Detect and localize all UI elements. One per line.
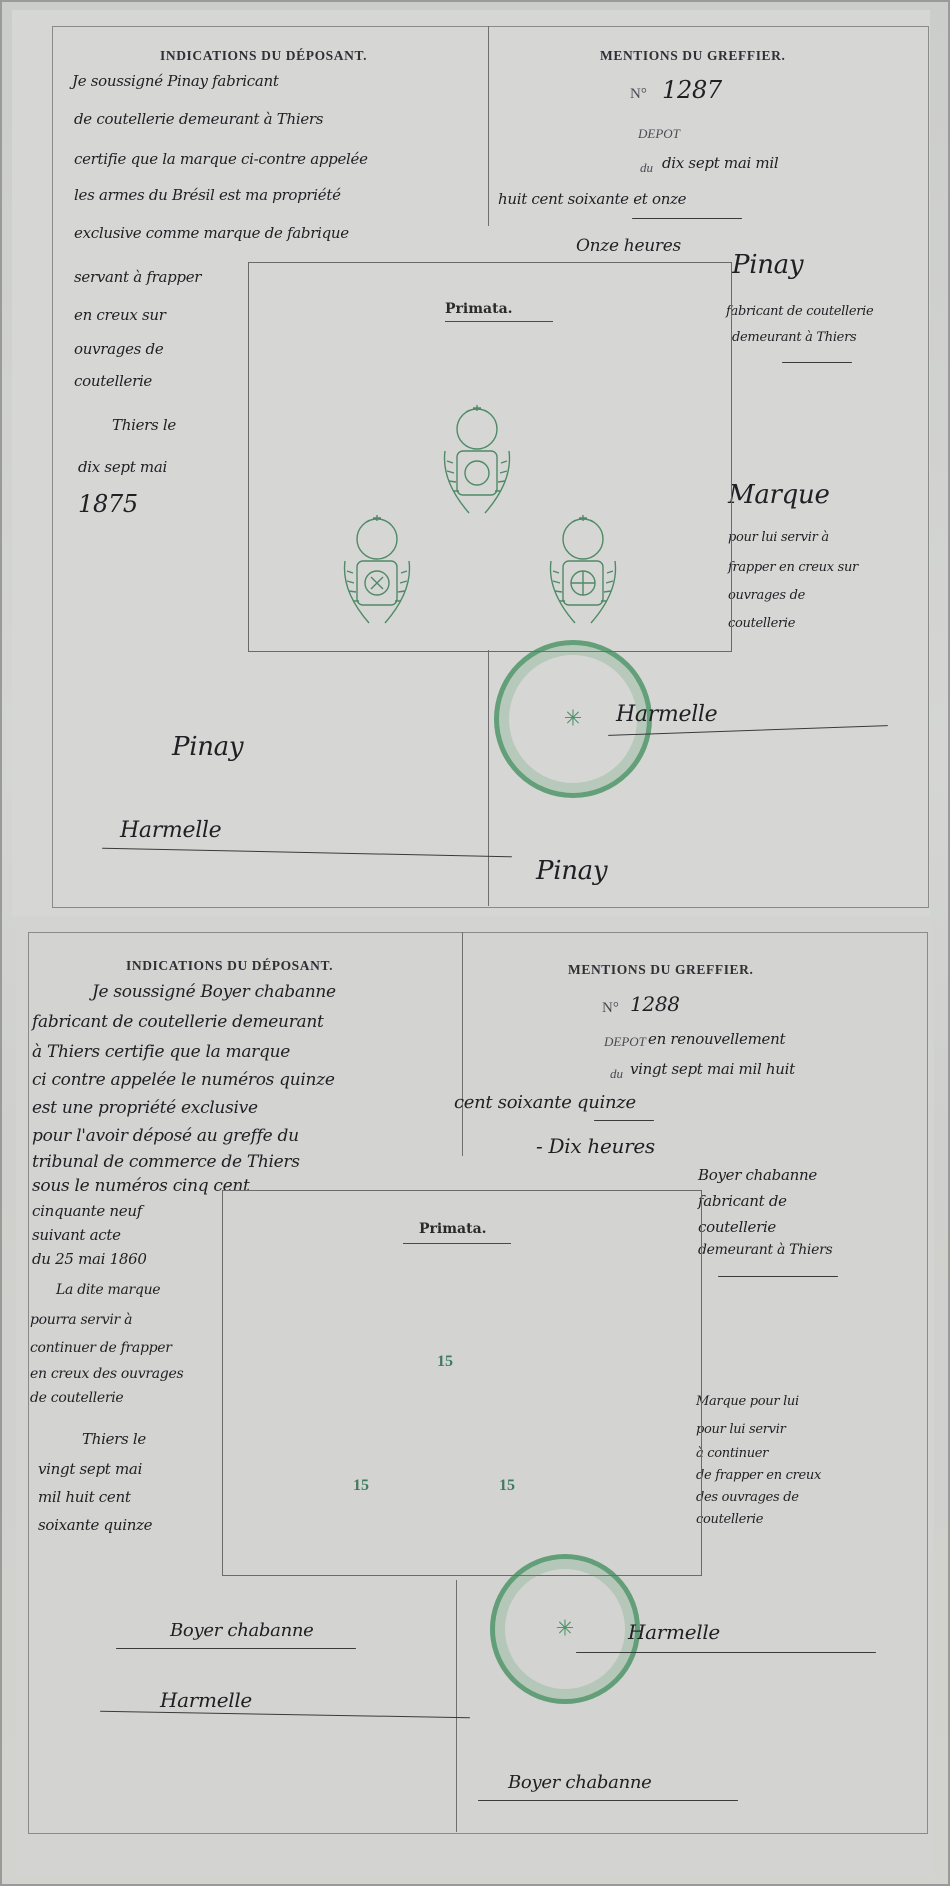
depositor-line: continuer de frapper	[30, 1340, 172, 1356]
clerk-signature: Harmelle	[628, 1620, 720, 1644]
star-icon: ✳	[556, 1617, 574, 1642]
depositor-line: est une propriété exclusive	[32, 1098, 258, 1118]
clerk-name-desc: demeurant à Thiers	[732, 330, 856, 345]
court-stamp: ✳	[490, 1554, 640, 1704]
clerk-mark-desc: pour lui servir à	[728, 530, 829, 545]
clerk-hour: - Dix heures	[536, 1134, 655, 1158]
depositor-line: à Thiers certifie que la marque	[32, 1042, 290, 1062]
depositor-line: certifie que la marque ci-contre appelée	[74, 150, 368, 168]
clerk-name-desc: demeurant à Thiers	[698, 1242, 832, 1258]
signature-flourish	[576, 1652, 876, 1653]
depositor-line: Je soussigné Pinay fabricant	[72, 72, 279, 90]
depositor-line: servant à frapper	[74, 268, 201, 286]
clerk-depositor-name: Pinay	[732, 250, 803, 280]
clerk-name-desc: fabricant de coutellerie	[726, 304, 873, 319]
clerk-mark-desc: de frapper en creux	[696, 1468, 821, 1483]
depositor-line: du 25 mai 1860	[32, 1250, 147, 1268]
mark-number: 15	[499, 1477, 515, 1495]
signature-flourish	[116, 1648, 356, 1649]
registration-number: 1287	[662, 76, 722, 104]
depositor-line: sous le numéros cinq cent	[32, 1176, 250, 1196]
depositor-signature: Boyer chabanne	[170, 1620, 314, 1641]
clerk-mark-desc: ouvrages de	[728, 588, 805, 603]
clerk-date: dix sept mai mil	[662, 154, 778, 172]
title-rule	[445, 321, 553, 322]
registration-form-1288: INDICATIONS DU DÉPOSANT. MENTIONS DU GRE…	[16, 920, 934, 1878]
depositor-header: INDICATIONS DU DÉPOSANT.	[160, 48, 367, 64]
place-date-line: vingt sept mai	[38, 1460, 142, 1478]
underline	[632, 218, 742, 219]
column-divider	[456, 1580, 457, 1832]
depositor-line: en creux des ouvrages	[30, 1366, 183, 1382]
depositor-line: en creux sur	[74, 306, 166, 324]
depositor-line: fabricant de coutellerie demeurant	[32, 1012, 324, 1032]
brazil-arms-emblem-icon	[543, 511, 623, 631]
place-date-year: 1875	[78, 490, 138, 518]
registration-form-1287: INDICATIONS DU DÉPOSANT. MENTIONS DU GRE…	[12, 10, 930, 916]
du-label: du	[640, 160, 653, 176]
place-date-line: dix sept mai	[78, 458, 167, 476]
brazil-arms-emblem-icon	[337, 511, 417, 631]
trademark-box: Primata. 15 15 15	[222, 1190, 702, 1576]
column-divider	[488, 26, 489, 226]
depositor-line: les armes du Brésil est ma propriété	[74, 186, 341, 204]
depositor-line: pourra servir à	[30, 1312, 132, 1328]
depositor-signature: Pinay	[536, 856, 607, 886]
depositor-line: suivant acte	[32, 1226, 121, 1244]
clerk-mark-desc: Marque	[728, 480, 830, 510]
depositor-line: tribunal de commerce de Thiers	[32, 1152, 300, 1172]
depositor-line: Je soussigné Boyer chabanne	[92, 982, 336, 1002]
clerk-mark-desc: frapper en creux sur	[728, 560, 858, 575]
clerk-date: huit cent soixante et onze	[498, 190, 686, 208]
depositor-line: de coutellerie demeurant à Thiers	[74, 110, 323, 128]
place-date-line: soixante quinze	[38, 1516, 152, 1534]
depositor-signature: Boyer chabanne	[508, 1772, 652, 1793]
depositor-line: de coutellerie	[30, 1390, 123, 1406]
brazil-arms-emblem-icon	[437, 401, 517, 521]
clerk-mark-desc: Marque pour lui	[696, 1394, 799, 1409]
clerk-mark-desc: coutellerie	[696, 1512, 763, 1527]
column-divider	[462, 932, 463, 1156]
depositor-line: cinquante neuf	[32, 1202, 142, 1220]
place-date-line: Thiers le	[82, 1430, 146, 1448]
column-divider	[488, 650, 489, 906]
depot-label: DEPOT	[604, 1034, 646, 1050]
clerk-header: MENTIONS DU GREFFIER.	[600, 48, 786, 64]
clerk-mark-desc: à continuer	[696, 1446, 768, 1461]
clerk-date: cent soixante quinze	[454, 1092, 636, 1113]
clerk-name-desc: fabricant de	[698, 1192, 787, 1210]
clerk-hour: Onze heures	[576, 236, 681, 256]
number-label: N°	[602, 1000, 619, 1017]
star-icon: ✳	[564, 707, 582, 732]
document-frame: INDICATIONS DU DÉPOSANT. MENTIONS DU GRE…	[0, 0, 950, 1886]
clerk-mark-desc: coutellerie	[728, 616, 795, 631]
number-label: N°	[630, 86, 647, 103]
title-rule	[403, 1243, 511, 1244]
place-date-line: Thiers le	[112, 416, 176, 434]
clerk-signature: Harmelle	[120, 818, 221, 843]
depositor-line: pour l'avoir déposé au greffe du	[32, 1126, 299, 1146]
trademark-box: Primata.	[248, 262, 732, 652]
depositor-line: ci contre appelée le numéros quinze	[32, 1070, 335, 1090]
depositor-header: INDICATIONS DU DÉPOSANT.	[126, 958, 333, 974]
trademark-title: Primata.	[419, 1221, 487, 1237]
clerk-date: vingt sept mai mil huit	[630, 1060, 795, 1078]
du-label: du	[610, 1066, 623, 1082]
depositor-line: ouvrages de	[74, 340, 163, 358]
trademark-title: Primata.	[445, 301, 513, 317]
clerk-signature: Harmelle	[160, 1688, 252, 1712]
clerk-mark-desc: des ouvrages de	[696, 1490, 799, 1505]
clerk-signature: Harmelle	[616, 702, 717, 727]
depot-label: DEPOT	[638, 126, 680, 142]
clerk-name-desc: coutellerie	[698, 1218, 776, 1236]
place-date-line: mil huit cent	[38, 1488, 131, 1506]
underline	[782, 362, 852, 363]
depot-suffix: en renouvellement	[648, 1030, 785, 1048]
mark-number: 15	[437, 1353, 453, 1371]
clerk-mark-desc: pour lui servir	[696, 1422, 785, 1437]
depositor-signature: Pinay	[172, 732, 243, 762]
underline	[594, 1120, 654, 1121]
mark-number: 15	[353, 1477, 369, 1495]
registration-number: 1288	[630, 992, 680, 1016]
depositor-line: exclusive comme marque de fabrique	[74, 224, 349, 242]
signature-flourish	[478, 1800, 738, 1801]
clerk-header: MENTIONS DU GREFFIER.	[568, 962, 754, 978]
depositor-line: La dite marque	[56, 1282, 160, 1298]
depositor-line: coutellerie	[74, 372, 152, 390]
underline	[718, 1276, 838, 1277]
clerk-depositor-name: Boyer chabanne	[698, 1166, 817, 1184]
